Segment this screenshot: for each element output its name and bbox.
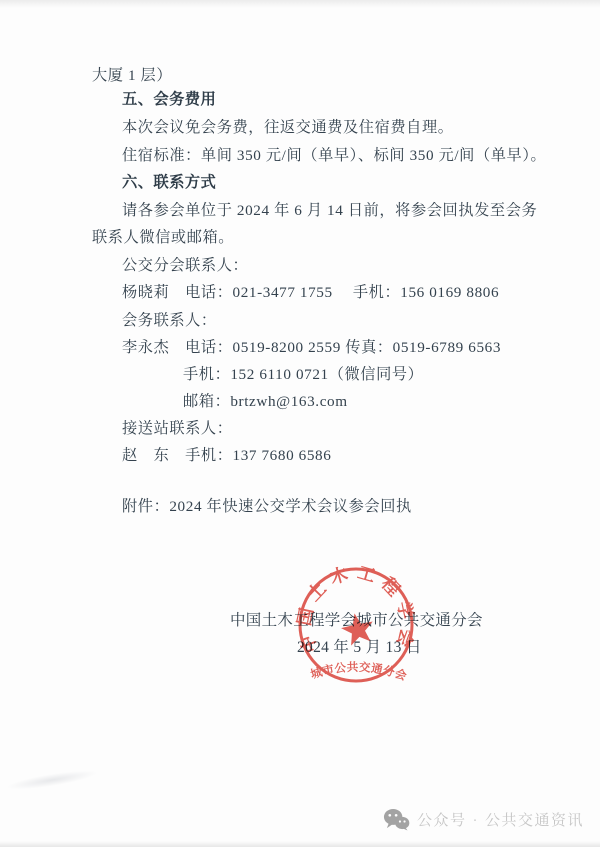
signature-org: 中国土木工程学会城市公共交通分会 bbox=[230, 608, 483, 630]
doc-line-deadline: 请各参会单位于 2024 年 6 月 14 日前，将参会回执发至会务 bbox=[122, 201, 537, 220]
footer-account: 公共交通资讯 bbox=[485, 809, 584, 830]
scan-edge-top bbox=[0, 0, 600, 8]
scan-smudge bbox=[6, 767, 99, 793]
footer-label: 公众号 bbox=[417, 809, 467, 830]
scan-edge-bottom bbox=[0, 841, 600, 847]
contact-line-li-mobile: 手机：152 6110 0721（微信同号） bbox=[183, 365, 423, 384]
contact-line-yang: 杨晓莉 电话：021-3477 1755 手机：156 0169 8806 bbox=[122, 283, 499, 302]
doc-line-shuttle-contact-label: 接送站联系人： bbox=[122, 419, 233, 438]
document-page: 大厦 1 层） 五、会务费用 本次会议免会务费，往返交通费及住宿费自理。 住宿标… bbox=[0, 0, 600, 847]
footer-watermark: 公众号 · 公共交通资讯 bbox=[383, 808, 584, 831]
signature-date: 2024 年 5 月 13 日 bbox=[297, 635, 422, 657]
seal-banner-text: 城市公共交通分会 bbox=[309, 660, 409, 683]
doc-line-branch-contact-label: 公交分会联系人： bbox=[122, 256, 248, 275]
contact-line-li: 李永杰 电话：0519-8200 2559 传真：0519-6789 6563 bbox=[122, 338, 501, 357]
doc-line-hotel-rate: 住宿标准：单间 350 元/间（单早）、标间 350 元/间（单早）。 bbox=[122, 146, 546, 165]
attachment-line: 附件：2024 年快速公交学术会议参会回执 bbox=[122, 497, 412, 516]
section-heading-fees: 五、会务费用 bbox=[122, 90, 216, 109]
doc-line-building: 大厦 1 层） bbox=[92, 66, 172, 85]
footer-separator: · bbox=[473, 811, 480, 828]
section-heading-contact: 六、联系方式 bbox=[122, 173, 216, 192]
doc-line-conf-contact-label: 会务联系人： bbox=[122, 311, 217, 330]
wechat-icon bbox=[383, 808, 410, 831]
doc-line-fee-free: 本次会议免会务费，往返交通费及住宿费自理。 bbox=[122, 118, 454, 137]
doc-line-deadline-2: 联系人微信或邮箱。 bbox=[92, 228, 234, 247]
contact-line-li-email: 邮箱：brtzwh@163.com bbox=[183, 392, 348, 411]
contact-line-zhao: 赵 东 手机：137 7680 6586 bbox=[122, 446, 331, 465]
svg-text:城市公共交通分会: 城市公共交通分会 bbox=[309, 660, 409, 683]
